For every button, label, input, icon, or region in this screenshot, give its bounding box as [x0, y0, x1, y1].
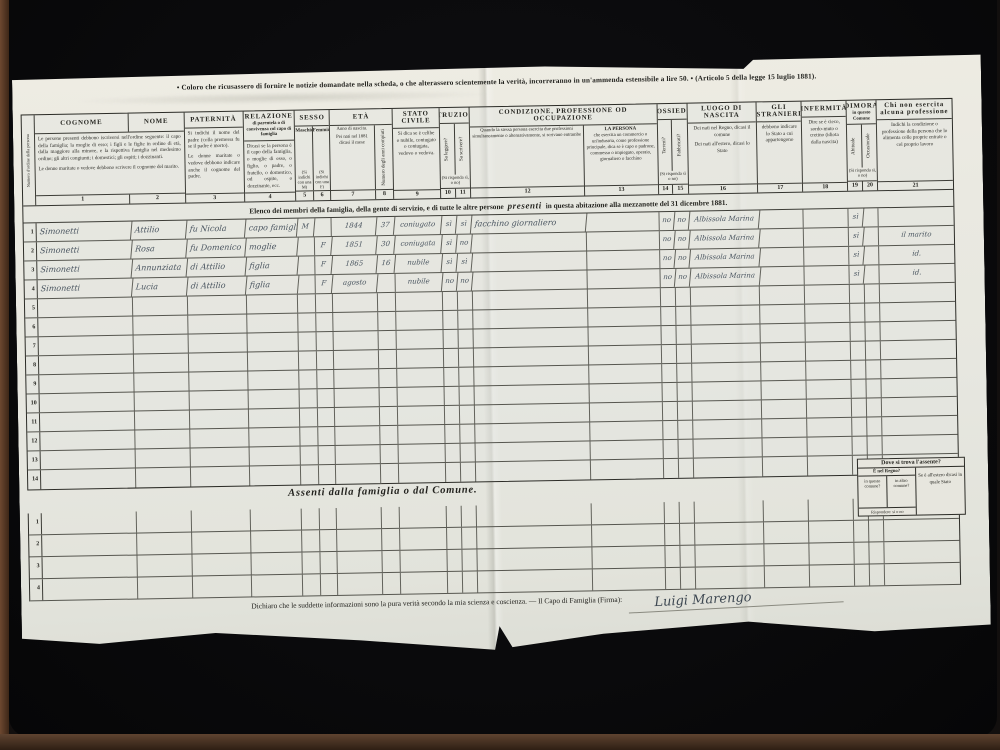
column-number: 8: [376, 190, 394, 199]
cell: [478, 547, 593, 570]
cell: [38, 317, 133, 337]
cell: [663, 402, 678, 420]
cell: [40, 412, 135, 432]
cell: [473, 289, 588, 309]
cell: facchino giornaliero: [471, 213, 587, 233]
cell: [335, 407, 380, 426]
row-number: 9: [26, 375, 39, 393]
column-title: DIMORAin questo Comune: [847, 100, 876, 125]
cell: [459, 329, 474, 347]
cell: sì: [849, 247, 866, 265]
cell: [804, 228, 849, 247]
cell: [321, 552, 338, 573]
cell: [852, 380, 867, 398]
cell: Simonetti: [36, 222, 132, 242]
column-number: 21: [878, 180, 953, 190]
cell: no: [658, 212, 675, 230]
cell: [246, 295, 298, 314]
cell: no: [456, 234, 473, 252]
cell: [250, 509, 302, 531]
cell: [759, 210, 804, 229]
cell: [301, 427, 319, 445]
cell: [478, 569, 593, 592]
cell: [693, 457, 763, 477]
caption-post: in questa abitazione alla mezzanotte del…: [546, 198, 728, 210]
vertical-label: Terreni?: [662, 137, 668, 154]
cell: [41, 450, 136, 470]
cell: [695, 522, 765, 544]
cell: [804, 209, 849, 228]
cell: [298, 256, 316, 274]
instruction-text: Quando la stessa persona esercita due pr…: [472, 126, 581, 140]
cell: [881, 321, 956, 340]
cell: [763, 438, 808, 457]
cell: [851, 342, 866, 360]
cell: [475, 403, 590, 423]
cell: Attilio: [131, 221, 187, 240]
header-group-paternita: PATERNITÀSi indichi il nome del padre (c…: [184, 112, 244, 203]
cell: [251, 575, 303, 597]
cell: [299, 313, 317, 331]
cell: [334, 350, 379, 369]
cell: [867, 379, 882, 397]
cell: Albissola Marina: [689, 248, 760, 267]
header-group-infermita: INFERMITÀDire se è cieco, sordo-muto o c…: [802, 101, 849, 192]
census-sheet: • Coloro che ricusassero di fornire le n…: [12, 53, 991, 660]
cell: [868, 436, 883, 454]
cell: [302, 508, 320, 529]
row-number: 13: [28, 451, 41, 469]
cell: [588, 307, 661, 326]
cell: [248, 371, 300, 390]
sub-column-label: Femmina: [313, 126, 330, 134]
column-number: 19: [848, 182, 863, 191]
vertical-label: Numero degli anni compiuti: [381, 129, 388, 186]
cell: [661, 326, 676, 344]
cell: [460, 424, 475, 442]
instruction-text: che esercita un commercio o un'industria…: [586, 133, 655, 164]
cell: [588, 288, 661, 307]
column-number: 1: [36, 195, 130, 206]
column-title: ETÀ: [330, 109, 392, 126]
cell: figlia: [245, 276, 298, 295]
cell: [381, 445, 399, 463]
cell: [383, 551, 401, 572]
cell: [589, 383, 662, 402]
cell: [660, 288, 675, 306]
vertical-label: Sa scrivere?: [459, 137, 465, 161]
cell: [383, 573, 401, 594]
cell: [692, 381, 762, 400]
column-number: 20: [863, 181, 878, 190]
cell: [380, 388, 398, 406]
column-title: COGNOME: [35, 114, 129, 134]
header-group-luogo: LUOGO DI NASCITADei nati nel Regno, dica…: [687, 102, 758, 193]
cell: [40, 393, 135, 413]
cell: id.: [879, 245, 955, 264]
cell: [664, 502, 679, 523]
cell: [694, 500, 764, 522]
cell: [865, 303, 880, 321]
cell: nubile: [395, 254, 443, 273]
cell: [866, 360, 881, 378]
cell: [337, 529, 382, 551]
instruction-note: (Si risponda sì, o no): [441, 175, 470, 188]
cell: [458, 291, 473, 309]
column-title: GLI STRANIERI: [757, 102, 801, 123]
cell: [586, 212, 659, 231]
column-number: 3: [186, 193, 244, 203]
caption-pre: Elenco dei membri della famiglia, della …: [249, 202, 504, 216]
cell: [135, 449, 190, 468]
cell: [335, 388, 380, 407]
cell: [380, 407, 398, 425]
cell: [855, 564, 870, 585]
column-title: LUOGO DI NASCITA: [687, 102, 756, 123]
cell: [473, 270, 588, 290]
cell: no: [457, 272, 474, 290]
cell: [808, 456, 853, 476]
cell: [691, 324, 761, 343]
cell: [381, 464, 399, 483]
absent-box-other-comune: in altro comune?: [887, 476, 916, 507]
cell: [764, 522, 809, 544]
cell: [137, 555, 192, 577]
cell: [850, 304, 865, 322]
cell: [590, 440, 663, 459]
cell: Albissola Marina: [689, 267, 760, 286]
cell: [444, 368, 459, 386]
cell: [760, 248, 805, 267]
cell: Simonetti: [37, 260, 133, 280]
cell: [334, 312, 379, 331]
instruction-text: Le donne maritate o vedove debbono indic…: [188, 153, 240, 181]
cell: [807, 380, 852, 399]
instruction-text: Pei nati nel 1881 dicasi il mese: [332, 134, 371, 146]
cell: [662, 364, 677, 382]
column-title: POSSIEDE: [657, 104, 686, 121]
absent-box-reply: Rispondere: sì o no: [859, 507, 916, 516]
cell: [316, 294, 333, 312]
cell: [134, 373, 189, 392]
instruction-note: (Si risponda sì, o no): [848, 167, 877, 180]
cell: [762, 362, 807, 381]
column-title: RELAZIONEdi parentela o di convivenza co…: [243, 111, 294, 142]
cell: [870, 564, 885, 585]
cell: Annunziata: [131, 259, 187, 278]
cell: [866, 341, 881, 359]
cell: [663, 421, 678, 439]
sub-column: Occasionale: [862, 125, 877, 168]
cell: [593, 568, 666, 590]
cell: [38, 298, 133, 318]
column-number: 6: [314, 191, 331, 200]
cell: [134, 354, 189, 373]
instruction-text: Dei nati nel Regno, dicasi il comune: [690, 124, 753, 139]
cell: [378, 293, 396, 311]
column-number: 15: [673, 185, 688, 194]
row-number: 1: [29, 513, 42, 534]
cell: [762, 400, 807, 419]
cell: [809, 521, 854, 543]
cell: Albissola Marina: [688, 210, 759, 229]
cell: [760, 267, 805, 286]
cell: [864, 208, 879, 226]
sub-column: Terreni?: [657, 120, 672, 171]
cell: [676, 326, 691, 344]
cell: [135, 411, 190, 430]
cell: [319, 427, 336, 445]
cell: [446, 444, 461, 462]
cell: [883, 435, 958, 454]
cell: [320, 530, 337, 551]
cell: [865, 265, 880, 283]
cell: [867, 398, 882, 416]
cell: [189, 391, 248, 410]
cell: [444, 330, 459, 348]
cell: [398, 406, 445, 425]
cell: [193, 575, 252, 597]
cell: [136, 468, 191, 488]
cell: [474, 365, 589, 385]
cell: fu Domenico: [186, 239, 246, 258]
cell: [680, 524, 695, 545]
cell: il marito: [878, 226, 954, 245]
cell: [854, 520, 869, 541]
row-number: 11: [27, 413, 40, 431]
cell: [869, 520, 884, 541]
table-header: Numero d'ordine della personaCOGNOMENOME…: [22, 99, 953, 207]
row-number: 3: [24, 261, 37, 279]
cell: [333, 293, 378, 312]
cell: [315, 218, 332, 236]
cell: [882, 397, 957, 416]
cell: fu Nicola: [186, 220, 246, 239]
absent-location-box: Dove si trova l'assente? È nel Regno? in…: [857, 457, 966, 517]
cell: sì: [848, 209, 865, 227]
cell: [588, 326, 661, 345]
sub-column: Sa leggere?: [440, 124, 455, 175]
sub-column-label: Maschio: [295, 126, 312, 134]
cell: [380, 426, 398, 444]
cell: no: [673, 212, 690, 230]
cell: [852, 417, 867, 435]
cell: no: [674, 269, 691, 287]
cell: [321, 574, 338, 595]
sub-column: Fabbricati?: [672, 120, 687, 171]
row-number: 14: [28, 470, 41, 489]
cell: [379, 331, 397, 349]
present-rows: 1SimonettiAttiliofu Nicolacapo famigliaM…: [24, 207, 959, 490]
vertical-label: Numero d'ordine della persona: [26, 134, 32, 187]
cell: [460, 405, 475, 423]
cell: [458, 310, 473, 328]
cell: [850, 285, 865, 303]
cell: [398, 387, 445, 406]
photo-scene: • Coloro che ricusassero di fornire le n…: [0, 0, 1000, 750]
instruction-note: (Si risponda sì o no): [658, 171, 687, 184]
cell: [474, 327, 589, 347]
column-number: 18: [803, 182, 847, 192]
cell: sì: [849, 266, 866, 284]
cell: [249, 466, 301, 486]
cell: [40, 431, 135, 451]
cell: [39, 374, 134, 394]
cell: M: [296, 218, 316, 236]
cell: [317, 313, 334, 331]
cell: [762, 381, 807, 400]
cell: no: [659, 250, 676, 268]
header-group-istruzione: ISTRUZIONESa leggere?Sa scrivere?(Si ris…: [440, 108, 472, 199]
cell: [475, 384, 590, 404]
cell: [463, 571, 478, 592]
cell: [864, 227, 879, 245]
cell: [759, 229, 804, 248]
column-number: 5: [296, 191, 314, 200]
header-group-dimora: DIMORAin questo ComuneAbitualeOccasional…: [847, 100, 879, 191]
absent-title-text: Assenti dalla famiglia o dal Comune.: [288, 484, 477, 498]
cell: [476, 441, 591, 461]
cell: [192, 531, 251, 553]
cell: [299, 332, 317, 350]
cell: [379, 369, 397, 387]
column-number: 4: [245, 192, 296, 202]
cell: [880, 283, 955, 302]
cell: [870, 542, 885, 563]
cell: [318, 370, 335, 388]
cell: [881, 340, 956, 359]
cell: [661, 345, 676, 363]
cell: [248, 409, 300, 428]
cell: [338, 573, 383, 595]
cell: [247, 333, 299, 352]
header-group-relazione: RELAZIONEdi parentela o di convivenza co…: [243, 111, 296, 202]
cell: [334, 331, 379, 350]
cell: [851, 361, 866, 379]
cell: [692, 362, 762, 381]
cell: [462, 505, 477, 526]
cell: [445, 406, 460, 424]
column-title: SESSO: [295, 110, 329, 127]
declaration-text: Dichiaro che le suddette informazioni so…: [251, 595, 622, 611]
cell: [809, 499, 854, 521]
cell: coniugato: [394, 216, 442, 235]
cell: [665, 524, 680, 545]
column-number: 2: [130, 194, 185, 204]
cell: [461, 443, 476, 461]
cell: [297, 237, 315, 255]
row-number: 6: [25, 318, 38, 336]
cell: [589, 345, 662, 364]
column-number: 7: [331, 190, 375, 200]
cell: [473, 308, 588, 328]
cell: [249, 447, 301, 466]
header-group-possiede: POSSIEDETerreni?Fabbricati?(Si risponda …: [657, 104, 689, 195]
cell: [882, 416, 957, 435]
cell: [664, 459, 679, 478]
cell: [191, 509, 250, 531]
cell: 1844: [331, 217, 377, 236]
cell: [852, 398, 867, 416]
cell: [463, 549, 478, 570]
vertical-label: Occasionale: [866, 134, 872, 159]
cell: [301, 446, 319, 464]
row-number: 4: [25, 280, 38, 298]
instruction-text: debbono indicare lo Stato a cui apparten…: [760, 124, 798, 145]
cell: [446, 463, 461, 482]
instruction-text: Dicasi se la persona è il capo della fam…: [247, 142, 293, 190]
cell: [662, 383, 677, 401]
cell: [188, 334, 247, 353]
cell: [474, 346, 589, 366]
cell: [135, 430, 190, 449]
instruction-text: Dei nati all'estero, dicasi lo Stato: [691, 141, 754, 156]
cell: [192, 553, 251, 575]
cell: [396, 292, 443, 311]
cell: [763, 457, 808, 477]
cell: [379, 350, 397, 368]
cell: [133, 316, 188, 335]
cell: di Attilio: [187, 277, 247, 296]
cell: [865, 284, 880, 302]
cell: [382, 507, 400, 528]
sub-column: Sa scrivere?: [454, 124, 469, 175]
cell: [378, 312, 396, 330]
cell: [447, 528, 462, 549]
cell: [397, 349, 444, 368]
cell: [765, 566, 810, 588]
cell: [884, 519, 959, 541]
cell: [247, 352, 299, 371]
header-group-sesso: SESSOMaschio(Si indichi con una M)Femmin…: [295, 110, 332, 201]
column-subtitle: di parentela o di convivenza col capo di…: [244, 121, 293, 138]
column-title: PATERNITÀ: [184, 112, 242, 129]
row-number: 2: [29, 535, 42, 556]
cell: [382, 529, 400, 550]
cell: [302, 530, 320, 551]
cell: Albissola Marina: [689, 229, 760, 248]
cell: no: [674, 250, 691, 268]
cell: 37: [376, 217, 396, 235]
cell: [853, 436, 868, 454]
absent-box-abroad: Se è all'estero dicasi in quale Stato: [916, 467, 965, 515]
cell: [42, 534, 137, 557]
column-number: 16: [689, 183, 758, 193]
cell: [189, 353, 248, 372]
sub-column: Maschio(Si indichi con una M): [295, 126, 314, 190]
cell: [336, 445, 381, 464]
census-table: Numero d'ordine della personaCOGNOMENOME…: [21, 98, 960, 491]
cell: [590, 402, 663, 421]
cell: [693, 419, 763, 438]
cell: [589, 364, 662, 383]
cell: [472, 251, 587, 271]
cell: [810, 565, 855, 587]
cell: [41, 469, 136, 490]
cell: [136, 511, 191, 533]
cell: [248, 390, 300, 409]
column-number: 17: [758, 183, 802, 193]
cell: [879, 207, 954, 226]
instruction-text: Anno di nascita.: [332, 126, 371, 133]
sub-column: Femmina(Si indichi con una F): [313, 126, 331, 190]
cell: [867, 417, 882, 435]
cell: [318, 389, 335, 407]
cell: [317, 332, 334, 350]
instruction-text: Indichi la condizione o professione dell…: [880, 121, 949, 149]
cell: [397, 330, 444, 349]
cell: [691, 343, 761, 362]
